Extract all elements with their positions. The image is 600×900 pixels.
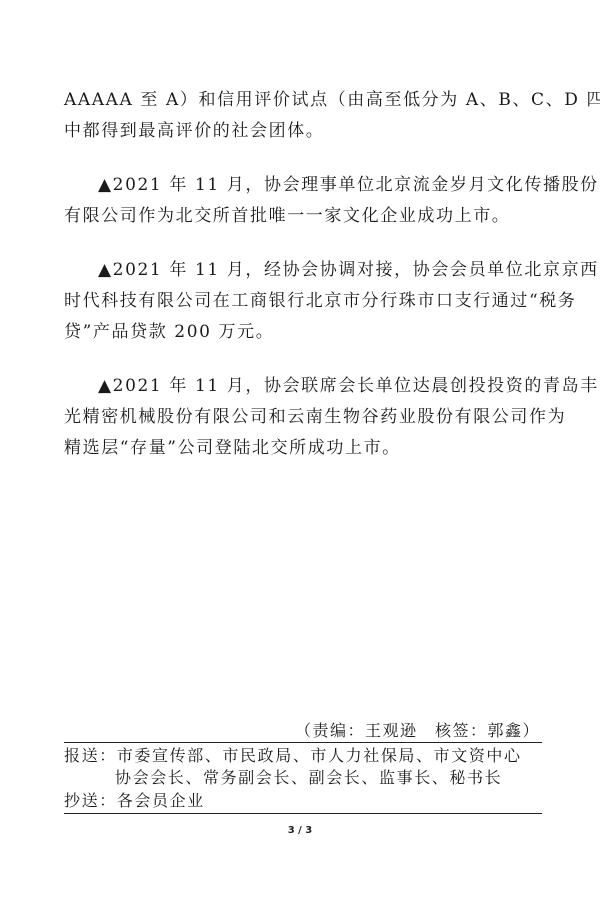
distribution-top-rule — [64, 742, 542, 743]
report-to-row-2: 协会会长、常务副会长、副会长、监事长、秘书长 — [115, 768, 502, 788]
paragraph-3-line-0: ▲2021 年 11 月，协会联席会长单位达晨创投投资的青岛丰 — [64, 376, 542, 396]
paragraph-1-line-1: 有限公司作为北交所首批唯一一家文化企业成功上市。 — [64, 206, 542, 226]
report-to-row: 报送：市委宣传部、市民政局、市人力社保局、市文资中心 — [64, 746, 522, 766]
distribution-bottom-rule — [64, 813, 542, 814]
editor-signature: （责编：王观逊 核签：郭鑫） — [295, 718, 540, 741]
paragraph-2-line-1: 时代科技有限公司在工商银行北京市分行珠市口支行通过“税务 — [64, 291, 542, 311]
paragraph-3-line-2: 精选层“存量”公司登陆北交所成功上市。 — [64, 438, 542, 458]
paragraph-2-line-0: ▲2021 年 11 月，经协会协调对接，协会会员单位北京京西 — [64, 260, 542, 280]
report-to-label: 报送： — [64, 746, 117, 766]
paragraph-3-line-1: 光精密机械股份有限公司和云南生物谷药业股份有限公司作为 — [64, 407, 542, 427]
report-to-recipients-2: 协会会长、常务副会长、副会长、监事长、秘书长 — [115, 768, 502, 787]
copy-to-label: 抄送： — [64, 791, 117, 811]
copy-to-row: 抄送：各会员企业 — [64, 791, 205, 811]
page-number: 3 / 3 — [0, 825, 600, 836]
paragraph-0-line-1: 中都得到最高评价的社会团体。 — [64, 121, 542, 141]
paragraph-0-line-0: AAAAA 至 A）和信用评价试点（由高至低分为 A、B、C、D 四档） — [64, 90, 542, 110]
paragraph-1-line-0: ▲2021 年 11 月，协会理事单位北京流金岁月文化传播股份 — [64, 175, 542, 195]
paragraph-2-line-2: 贷”产品贷款 200 万元。 — [64, 322, 542, 342]
copy-to-recipients: 各会员企业 — [117, 791, 205, 810]
report-to-recipients-1: 市委宣传部、市民政局、市人力社保局、市文资中心 — [117, 746, 522, 765]
